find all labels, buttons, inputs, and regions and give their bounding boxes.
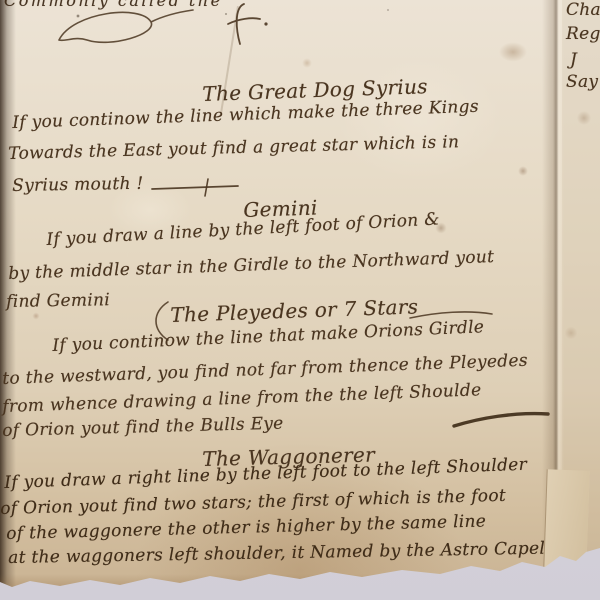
- photo-of-manuscript: Commonly called the The Great Dog Syrius…: [0, 0, 600, 600]
- manuscript-line: find Gemini: [6, 290, 110, 312]
- manuscript-line: Towards the East yout find a great star …: [8, 132, 459, 164]
- manuscript-line: at the waggoners left shoulder, it Named…: [8, 538, 561, 568]
- folded-corner: [543, 469, 589, 568]
- manuscript-line: by the middle star in the Girdle to the …: [8, 247, 495, 284]
- adjacent-page-fragment: J: [570, 50, 577, 70]
- manuscript-page: Commonly called the The Great Dog Syrius…: [0, 0, 600, 600]
- torn-bottom-edge: [0, 574, 600, 600]
- ink-thick-swash: [452, 408, 552, 432]
- manuscript-line: of Orion yout find the Bulls Eye: [2, 414, 284, 441]
- adjacent-page-fragment: Chai: [566, 0, 600, 20]
- ink-flourish: [55, 8, 195, 48]
- manuscript-line: Syrius mouth !: [12, 174, 144, 196]
- adjacent-page-fragment: Say: [566, 72, 598, 92]
- adjacent-page-fragment: Reg: [566, 24, 600, 44]
- ink-dash-cross: [150, 178, 242, 198]
- ink-mark: [224, 0, 270, 50]
